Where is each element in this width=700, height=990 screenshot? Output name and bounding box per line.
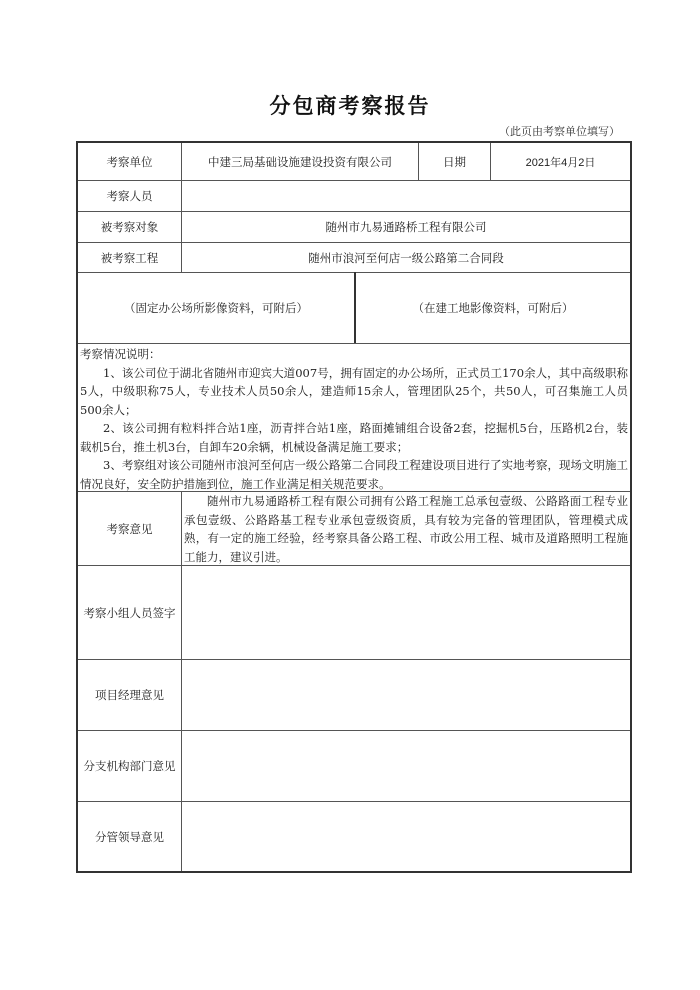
team-signature-field[interactable]: [182, 566, 630, 659]
label-pm-opinion: 项目经理意见: [78, 660, 181, 730]
description-item-1: 1、该公司位于湖北省随州市迎宾大道007号，拥有固定的办公场所，正式员工170余…: [80, 364, 628, 420]
date-value[interactable]: 2021年4月2日: [491, 143, 630, 180]
label-inspected-company: 被考察对象: [78, 212, 181, 242]
leader-opinion-field[interactable]: [182, 802, 630, 871]
branch-opinion-field[interactable]: [182, 731, 630, 801]
label-leader-opinion: 分管领导意见: [78, 802, 181, 871]
label-inspectors: 考察人员: [78, 181, 181, 211]
label-date: 日期: [419, 143, 490, 180]
description-item-2: 2、该公司拥有粒料拌合站1座，沥青拌合站1座，路面摊铺组合设备2套，挖掘机5台，…: [80, 419, 628, 456]
inspection-description: 考察情况说明： 1、该公司位于湖北省随州市迎宾大道007号，拥有固定的办公场所，…: [80, 345, 628, 493]
label-inspection-unit: 考察单位: [78, 143, 181, 180]
description-item-3: 3、考察组对该公司随州市浪河至何店一级公路第二合同段工程建设项目进行了实地考察，…: [80, 456, 628, 493]
label-branch-opinion: 分支机构部门意见: [78, 731, 181, 801]
pm-opinion-field[interactable]: [182, 660, 630, 730]
label-inspection-opinion: 考察意见: [78, 492, 181, 565]
page-title: 分包商考察报告: [0, 90, 700, 120]
inspection-opinion-text[interactable]: 随州市九易通路桥工程有限公司拥有公路工程施工总承包壹级、公路路面工程专业承包壹级…: [184, 492, 628, 566]
fill-note: （此页由考察单位填写）: [499, 123, 620, 139]
inspectors-value[interactable]: [182, 181, 630, 211]
inspected-project-value[interactable]: 随州市浪河至何店一级公路第二合同段: [182, 243, 630, 272]
inspected-company-value[interactable]: 随州市九易通路桥工程有限公司: [182, 212, 630, 242]
inspection-unit-value[interactable]: 中建三局基础设施建设投资有限公司: [182, 143, 418, 180]
row-divider: [78, 343, 630, 344]
label-team-signature: 考察小组人员签字: [78, 566, 181, 659]
opinion-paragraph: 随州市九易通路桥工程有限公司拥有公路工程施工总承包壹级、公路路面工程专业承包壹级…: [184, 492, 628, 566]
office-photo-placeholder[interactable]: （固定办公场所影像资料，可附后）: [78, 273, 354, 343]
description-heading: 考察情况说明：: [80, 345, 628, 364]
report-table: 考察单位 中建三局基础设施建设投资有限公司 日期 2021年4月2日 考察人员 …: [76, 141, 632, 873]
site-photo-placeholder[interactable]: （在建工地影像资料，可附后）: [356, 273, 630, 343]
label-inspected-project: 被考察工程: [78, 243, 181, 272]
